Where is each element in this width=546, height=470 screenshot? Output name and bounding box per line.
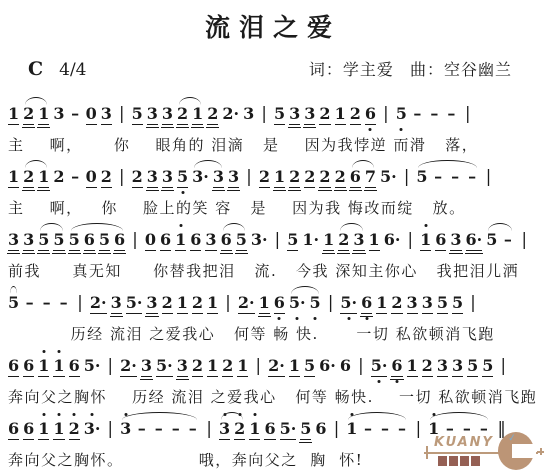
note: 1 xyxy=(323,230,334,251)
note: 3· xyxy=(192,167,209,187)
barline: | xyxy=(255,356,261,376)
note: 5 xyxy=(274,104,285,125)
note: 3 xyxy=(213,167,224,188)
notation-line: 5–––|2·35·32121|2·165·5|5·6123355| xyxy=(6,283,541,317)
slur-group: 3·3 xyxy=(190,167,226,188)
meta-row: C 4/4 词：学主爱 曲：空谷幽兰 xyxy=(28,57,512,80)
note: 5· xyxy=(280,419,297,440)
dash: – xyxy=(397,419,406,439)
note: 2 xyxy=(335,167,346,188)
note: 2 xyxy=(192,356,203,377)
note: 3 xyxy=(205,230,216,251)
note: 6 xyxy=(8,356,19,377)
dash: – xyxy=(451,167,460,187)
barline: | xyxy=(107,356,113,376)
note: 6 xyxy=(340,356,351,376)
slur-group: 32 xyxy=(217,419,247,440)
watermark-brand-text: KUANY xyxy=(434,435,494,450)
composer-credit: 曲：空谷幽兰 xyxy=(410,60,512,79)
note: 2 xyxy=(319,104,330,125)
note: 2· xyxy=(120,356,137,377)
note: 3 xyxy=(120,419,131,439)
rest: 0 xyxy=(86,104,97,125)
note: 5 xyxy=(310,293,321,313)
dash: – xyxy=(42,293,51,313)
note: 1 xyxy=(369,230,380,251)
dash: – xyxy=(380,419,389,439)
barline: | xyxy=(275,230,281,250)
slur-group: 21 xyxy=(21,104,51,125)
note: 6 xyxy=(221,230,232,251)
note: 2· xyxy=(222,104,239,124)
notation-line: 1213–03|5332122·3|5332126|5–––| xyxy=(6,94,541,128)
note: 5 xyxy=(38,230,49,251)
music-system-2: 1212–02|23353·33|212222675·|5–––|主 啊， 你 … xyxy=(6,157,541,220)
sheet-music-page: 流泪之爱 C 4/4 词：学主爱 曲：空谷幽兰 1213–03|5332122·… xyxy=(0,8,546,470)
note: 3 xyxy=(422,293,433,314)
dash: – xyxy=(430,104,439,124)
note: 6 xyxy=(391,356,402,377)
note: 3 xyxy=(219,419,230,440)
note: 5 xyxy=(177,167,188,188)
notation-line: 33555656|06163653·|51·12316·|1636·5–| xyxy=(6,220,541,254)
note: 3 xyxy=(147,104,158,125)
note: 5· xyxy=(126,293,143,314)
note: 1 xyxy=(407,356,418,377)
note: 3 xyxy=(177,356,188,377)
note: 5· xyxy=(371,356,388,377)
watermark-logo: KUANY ✓ xyxy=(424,431,544,470)
note: 1 xyxy=(53,419,64,440)
slur-group: 5 xyxy=(6,293,21,313)
notation-area: 1213–03|5332122·3|5332126|5–––|主 啊， 你 眼角… xyxy=(6,94,541,470)
slur-group: 5·5 xyxy=(287,293,323,313)
note: 5 xyxy=(437,293,448,314)
barline: | xyxy=(132,230,138,250)
barline: | xyxy=(206,419,212,439)
note: 5 xyxy=(132,104,143,125)
music-system-5: 661165·|2·35·32121|2·156·6|5·6123355|奔向父… xyxy=(6,346,541,409)
note: 6 xyxy=(8,419,19,440)
note: 6 xyxy=(114,230,125,251)
note: 5 xyxy=(53,230,64,251)
barline: | xyxy=(261,104,267,124)
lyrics-line: 前我 真无知 你替我把泪 流. 今我 深知主你心 我把泪儿洒 xyxy=(8,260,541,281)
note: 1 xyxy=(249,419,260,440)
note: 2 xyxy=(222,356,233,377)
note: 6 xyxy=(361,293,372,314)
note: 1 xyxy=(207,356,218,377)
dash: – xyxy=(447,104,456,124)
song-title: 流泪之爱 xyxy=(0,8,546,44)
barline: | xyxy=(107,419,113,439)
dash: – xyxy=(503,230,512,250)
lyrics-line: 历经 流泪 之爱我心 何等 畅 快. 一切 私欲顿消飞跑 xyxy=(8,323,541,344)
notation-line: 661165·|2·35·32121|2·156·6|5·6123355| xyxy=(6,346,541,380)
note: 5 xyxy=(69,230,80,251)
barline: | xyxy=(225,293,231,313)
note: 6 xyxy=(264,419,275,440)
note: 1 xyxy=(8,104,19,125)
note: 5 xyxy=(236,230,247,251)
barline: | xyxy=(77,293,83,313)
note: 5 xyxy=(99,230,110,251)
notation-line: 1212–02|23353·33|212222675·|5–––| xyxy=(6,157,541,191)
note: 2 xyxy=(391,293,402,314)
note: 2 xyxy=(259,167,270,188)
dash: – xyxy=(137,419,146,439)
note: 2 xyxy=(69,419,80,440)
note: 6 xyxy=(23,356,34,377)
dash: – xyxy=(59,293,68,313)
dash: – xyxy=(363,419,372,439)
note: 3 xyxy=(450,230,461,251)
note: 1 xyxy=(192,104,203,125)
barline: | xyxy=(470,293,476,313)
watermark-bird-icon: ✓ xyxy=(507,432,517,444)
dash: – xyxy=(71,104,80,124)
dash: – xyxy=(25,293,34,313)
note: 3 xyxy=(304,104,315,125)
note: 6 xyxy=(435,230,446,251)
note: 2 xyxy=(319,167,330,188)
note: 2 xyxy=(338,230,349,251)
lyricist-credit: 词：学主爱 xyxy=(309,60,394,79)
note: 2 xyxy=(177,104,188,125)
note: 1 xyxy=(38,167,49,188)
note: 5 xyxy=(452,293,463,314)
dash: – xyxy=(171,419,180,439)
note: 1 xyxy=(53,356,64,377)
note: 1 xyxy=(259,293,270,314)
dash: – xyxy=(434,167,443,187)
note: 2· xyxy=(90,293,107,314)
watermark-cross-icon xyxy=(537,448,544,455)
barline: | xyxy=(465,104,471,124)
note: 1 xyxy=(38,356,49,377)
note: 5 xyxy=(486,230,497,250)
note: 3 xyxy=(23,230,34,251)
note: 2 xyxy=(350,104,361,125)
slur-group: 5656 xyxy=(67,230,128,251)
note: 1· xyxy=(302,230,319,250)
note: 3 xyxy=(407,293,418,314)
note: 5 xyxy=(304,356,315,377)
barline: | xyxy=(328,293,334,313)
note: 5 xyxy=(300,419,311,440)
note: 1 xyxy=(207,293,218,314)
music-system-4: 5–––|2·35·32121|2·165·5|5·6123355| 历经 流泪… xyxy=(6,283,541,346)
rest: 0 xyxy=(145,230,156,251)
note: 3 xyxy=(147,167,158,188)
note: 6 xyxy=(160,230,171,251)
note: 1 xyxy=(38,419,49,440)
note: 2 xyxy=(132,167,143,188)
note: 1 xyxy=(335,104,346,125)
note: 6 xyxy=(84,230,95,251)
dash: – xyxy=(413,104,422,124)
lyrics-line: 奔向父之胸怀 历经 流泪 之爱我心 何等 畅快. 一切 私欲顿消飞跑 xyxy=(8,386,541,407)
note: 2 xyxy=(53,167,64,187)
note: 3 xyxy=(141,356,152,377)
note: 5 xyxy=(467,356,478,377)
key-letter: C xyxy=(28,58,43,80)
note: 3 xyxy=(101,104,112,125)
note: 6 xyxy=(190,230,201,251)
slur-group: 5– xyxy=(484,230,516,250)
note: 5 xyxy=(287,230,298,251)
note: 6 xyxy=(350,167,361,188)
note: 1 xyxy=(237,356,248,377)
note: 5· xyxy=(156,356,173,377)
note: 3 xyxy=(353,230,364,251)
music-system-3: 33555656|06163653·|51·12316·|1636·5–|前我 … xyxy=(6,220,541,283)
barline: | xyxy=(119,104,125,124)
barline: | xyxy=(119,167,125,187)
note: 3 xyxy=(8,230,19,251)
note: 5 xyxy=(8,293,19,313)
note: 2 xyxy=(422,356,433,377)
note: 6 xyxy=(69,356,80,377)
note: 1 xyxy=(420,230,431,251)
time-signature: 4/4 xyxy=(59,60,86,80)
barline: | xyxy=(334,419,340,439)
lyrics-line: 主 啊， 你 眼角的 泪滴 是 因为我悖逆 而滑 落， xyxy=(8,134,541,155)
slur-group: 3–––– xyxy=(118,419,201,439)
note: 2 xyxy=(192,293,203,314)
barline: | xyxy=(521,230,527,250)
barline: | xyxy=(486,167,492,187)
note: 3 xyxy=(289,104,300,125)
dash: – xyxy=(188,419,197,439)
barline: | xyxy=(500,356,506,376)
slur-group: 65 xyxy=(219,230,249,251)
note: 6 xyxy=(315,419,326,439)
credits: 词：学主爱 曲：空谷幽兰 xyxy=(299,57,512,80)
note: 1 xyxy=(177,293,188,314)
dash: – xyxy=(154,419,163,439)
note: 2 xyxy=(23,104,34,125)
barline: | xyxy=(404,167,410,187)
note: 2· xyxy=(238,293,255,314)
note: 6· xyxy=(466,230,483,251)
barline: | xyxy=(415,419,421,439)
barline: | xyxy=(358,356,364,376)
note: 5· xyxy=(84,356,101,376)
note: 3 xyxy=(243,104,254,124)
note: 3 xyxy=(111,293,122,314)
note: 2 xyxy=(101,167,112,188)
slur-group: 67 xyxy=(348,167,378,188)
slur-group: 5––– xyxy=(414,167,480,187)
barline: | xyxy=(383,104,389,124)
note: 3 xyxy=(162,167,173,188)
slur-group: 23 xyxy=(336,230,366,251)
note: 6· xyxy=(319,356,336,376)
note: 3 xyxy=(437,356,448,377)
dash: – xyxy=(71,167,80,187)
note: 6 xyxy=(274,293,285,314)
note: 6 xyxy=(365,104,376,125)
note: 5 xyxy=(396,104,407,124)
note: 3 xyxy=(146,293,157,314)
note: 1 xyxy=(346,419,357,439)
slur-group: 1––– xyxy=(344,419,410,439)
lyrics-line: 主 啊， 你 脸上的笑 容 是 因为我 悔改而绽 放。 xyxy=(8,197,541,218)
note: 5· xyxy=(340,293,357,314)
note: 5· xyxy=(289,293,306,313)
rest: 0 xyxy=(86,167,97,188)
note: 2 xyxy=(304,167,315,188)
watermark-seal-blocks xyxy=(438,456,480,466)
note: 5 xyxy=(416,167,427,187)
note: 3 xyxy=(228,167,239,188)
note: 1 xyxy=(376,293,387,314)
note: 6· xyxy=(384,230,401,250)
note: 3 xyxy=(162,104,173,125)
note: 1 xyxy=(175,230,186,251)
note: 1 xyxy=(274,167,285,188)
note: 6 xyxy=(23,419,34,440)
note: 3 xyxy=(452,356,463,377)
note: 2 xyxy=(23,167,34,188)
slur-group: 55 xyxy=(36,230,66,251)
note: 2· xyxy=(268,356,285,377)
note: 3· xyxy=(84,419,101,439)
music-system-1: 1213–03|5332122·3|5332126|5–––|主 啊， 你 眼角… xyxy=(6,94,541,157)
note: 5 xyxy=(482,356,493,377)
note: 2 xyxy=(207,104,218,125)
dash: – xyxy=(468,167,477,187)
key-signature: C 4/4 xyxy=(28,58,86,80)
slur-group: 21 xyxy=(175,104,205,125)
barline: | xyxy=(246,167,252,187)
note: 3 xyxy=(53,104,64,124)
barline: | xyxy=(407,230,413,250)
note: 1 xyxy=(289,356,300,377)
note: 5· xyxy=(380,167,397,187)
note: 2 xyxy=(289,167,300,188)
slur-group: 21 xyxy=(21,167,51,188)
note: 1 xyxy=(38,104,49,125)
note: 7 xyxy=(365,167,376,188)
note: 2 xyxy=(162,293,173,314)
note: 2 xyxy=(234,419,245,440)
note: 3· xyxy=(251,230,268,250)
note: 1 xyxy=(8,167,19,188)
